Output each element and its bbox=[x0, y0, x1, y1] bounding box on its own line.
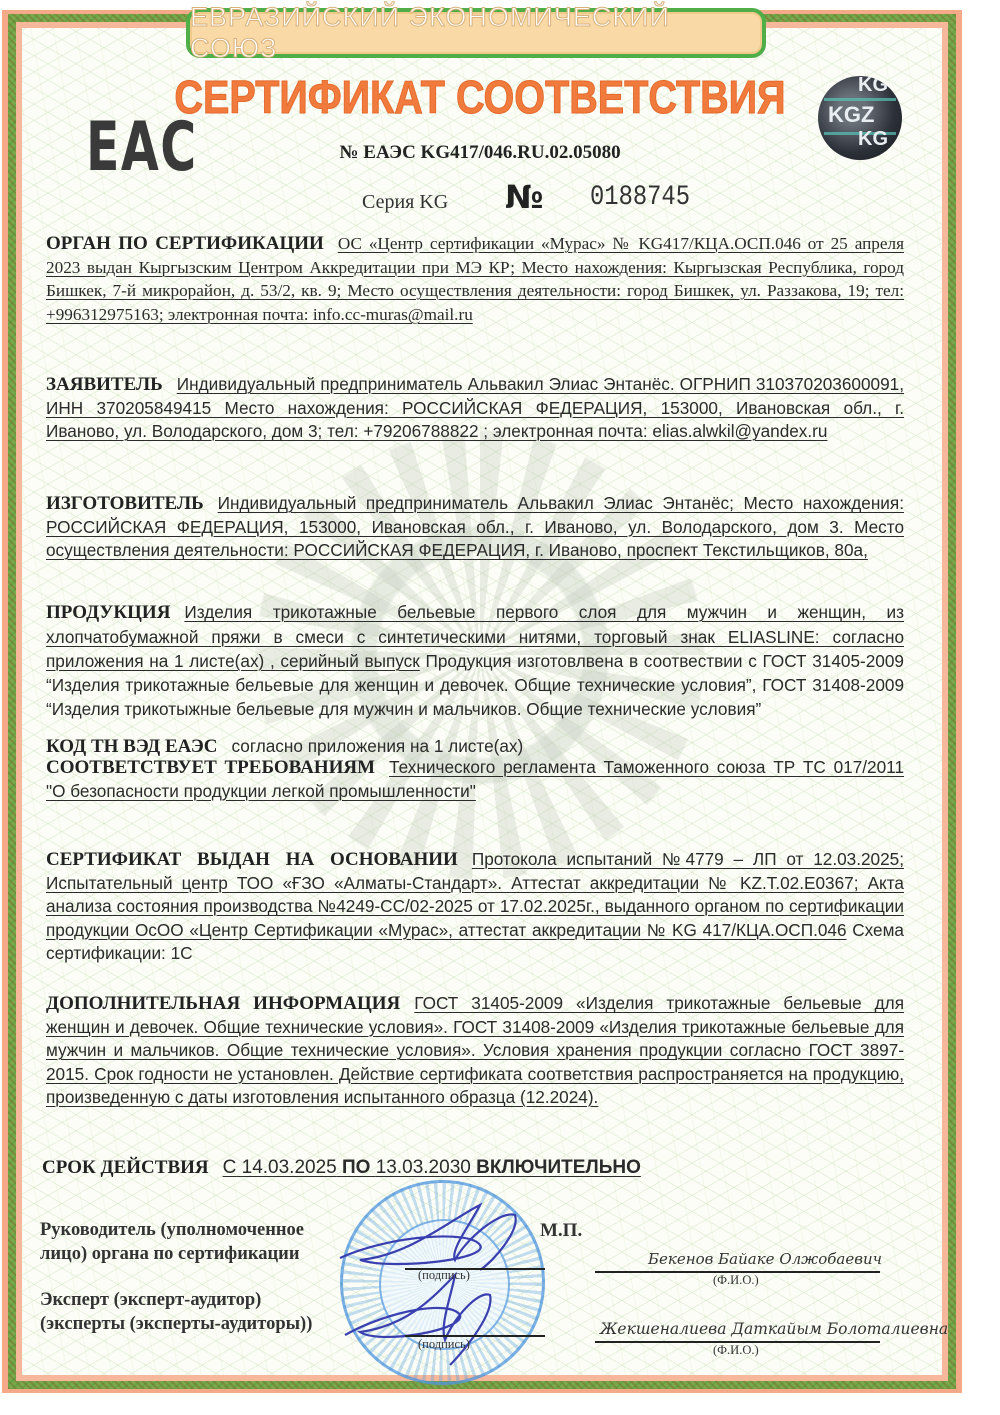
section-complies-with: СООТВЕТСТВУЕТ ТРЕБОВАНИЯМТехнического ре… bbox=[46, 756, 904, 803]
number-sign: № bbox=[505, 178, 544, 216]
section-manufacturer: ИЗГОТОВИТЕЛЬИндивидуальный предпринимате… bbox=[46, 492, 904, 563]
signature-caption: (подпись) bbox=[418, 1337, 470, 1352]
signature-caption: (подпись) bbox=[418, 1268, 470, 1283]
union-banner: ЕВРАЗИЙСКИЙ ЭКОНОМИЧЕСКИЙ СОЮЗ bbox=[186, 8, 766, 58]
registration-number: № ЕАЭС KG417/046.RU.02.05080 bbox=[0, 142, 960, 164]
expert-role-label: Эксперт (эксперт-аудитор) (эксперты (экс… bbox=[40, 1288, 350, 1336]
section-label: ПРОДУКЦИЯ bbox=[46, 602, 170, 623]
fio-caption: (Ф.И.О.) bbox=[713, 1343, 759, 1358]
validity-prefix: С bbox=[223, 1157, 237, 1178]
section-label: ОРГАН ПО СЕРТИФИКАЦИИ bbox=[46, 233, 324, 254]
section-text: Индивидуальный предприниматель Альвакил … bbox=[46, 374, 904, 441]
hologram-band bbox=[824, 98, 896, 101]
validity-to-word: ПО bbox=[342, 1157, 370, 1178]
fio-caption: (Ф.И.О.) bbox=[713, 1273, 759, 1288]
hologram-text: KGZ bbox=[828, 102, 874, 128]
validity-period: С 14.03.2025 ПО 13.03.2030 ВКЛЮЧИТЕЛЬНО bbox=[223, 1157, 641, 1178]
section-label: ДОПОЛНИТЕЛЬНАЯ ИНФОРМАЦИЯ bbox=[46, 993, 400, 1014]
section-label: СРОК ДЕЙСТВИЯ bbox=[42, 1157, 209, 1178]
union-banner-text: ЕВРАЗИЙСКИЙ ЭКОНОМИЧЕСКИЙ СОЮЗ bbox=[190, 2, 762, 64]
section-label: КОД ТН ВЭД ЕАЭС bbox=[46, 736, 217, 757]
section-additional-info: ДОПОЛНИТЕЛЬНАЯ ИНФОРМАЦИЯГОСТ 31405-2009… bbox=[46, 992, 904, 1110]
section-tn-ved-code: КОД ТН ВЭД ЕАЭСсогласно приложения на 1 … bbox=[46, 736, 904, 757]
section-products: ПРОДУКЦИЯИзделия трикотажные бельевые пе… bbox=[46, 600, 904, 721]
validity-from: 14.03.2025 bbox=[242, 1157, 337, 1178]
section-label: СООТВЕТСТВУЕТ ТРЕБОВАНИЯМ bbox=[46, 757, 375, 778]
expert-signature bbox=[340, 1270, 540, 1370]
section-text: согласно приложения на 1 листе(ах) bbox=[231, 736, 523, 756]
hologram-text: KG bbox=[858, 76, 888, 97]
series-label: Серия KG bbox=[362, 191, 448, 214]
hologram-text: KG bbox=[858, 128, 888, 151]
expert-name: Жекшеналиева Даткайым Болоталиевна bbox=[600, 1320, 948, 1338]
section-validity: СРОК ДЕЙСТВИЯС 14.03.2025 ПО 13.03.2030 … bbox=[42, 1156, 900, 1180]
certificate-title: СЕРТИФИКАТ СООТВЕТСТВИЯ bbox=[67, 74, 893, 120]
section-certification-body: ОРГАН ПО СЕРТИФИКАЦИИОС «Центр сертифика… bbox=[46, 232, 904, 326]
section-label: СЕРТИФИКАТ ВЫДАН НА ОСНОВАНИИ bbox=[46, 849, 458, 870]
head-role-label: Руководитель (уполномоченное лицо) орган… bbox=[40, 1218, 340, 1266]
section-label: ЗАЯВИТЕЛЬ bbox=[46, 374, 163, 395]
seal-place-mark: М.П. bbox=[540, 1220, 582, 1242]
head-name: Бекенов Байаке Олжобаевич bbox=[648, 1250, 882, 1268]
serial-number: 0188745 bbox=[590, 182, 690, 213]
section-applicant: ЗАЯВИТЕЛЬИндивидуальный предприниматель … bbox=[46, 373, 904, 444]
section-issued-on-basis: СЕРТИФИКАТ ВЫДАН НА ОСНОВАНИИПротокола и… bbox=[46, 848, 904, 966]
validity-suffix: ВКЛЮЧИТЕЛЬНО bbox=[476, 1157, 641, 1178]
section-label: ИЗГОТОВИТЕЛЬ bbox=[46, 493, 204, 514]
kg-hologram-sticker: KG KGZ KG bbox=[818, 76, 902, 160]
validity-to: 13.03.2030 bbox=[376, 1157, 471, 1178]
